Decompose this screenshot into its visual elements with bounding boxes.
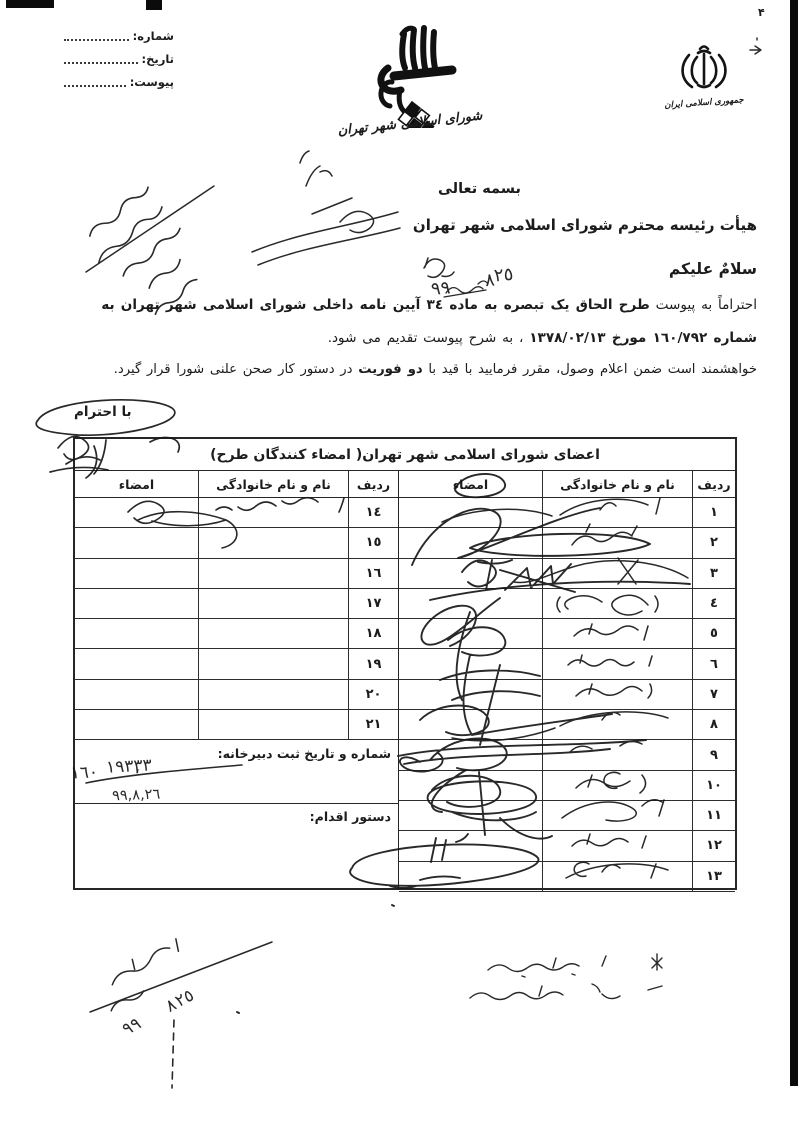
field-date-blank <box>64 51 138 64</box>
row-number: ١٢ <box>692 831 735 860</box>
row-signature-cell <box>75 589 198 618</box>
table-header-right: ردیف نام و نام خانوادگی امضاء <box>399 471 735 498</box>
row-number: ٣ <box>692 559 735 588</box>
bottom-note-line <box>90 942 272 1012</box>
table-row: ٥ <box>399 619 735 649</box>
scanned-letter-page: ۴ شماره: تاریخ: پیوست: <box>0 0 800 1128</box>
row-number: ٢٠ <box>348 680 398 709</box>
table-row: ١ <box>399 498 735 528</box>
row-name-cell <box>198 680 348 709</box>
row-signature-cell <box>399 498 542 527</box>
row-name-cell <box>542 710 692 739</box>
row-number: ٧ <box>692 680 735 709</box>
table-row: ٢٠ <box>75 680 398 710</box>
row-name-cell <box>542 862 692 891</box>
bottom-note-handwriting <box>94 935 192 1012</box>
field-date: تاریخ: <box>62 51 174 66</box>
table-row: ١٩ <box>75 649 398 679</box>
row-signature-cell <box>399 619 542 648</box>
row-name-cell <box>198 649 348 678</box>
table-right-half: ردیف نام و نام خانوادگی امضاء ١٢٣٤٥٦٧٨٩١… <box>398 471 735 890</box>
row-name-cell <box>542 831 692 860</box>
row-name-cell <box>198 619 348 648</box>
marginalia-underline <box>86 186 214 272</box>
row-number: ٨ <box>692 710 735 739</box>
svg-text:٩٩ ٨ ٢٥: ٩٩ ٨ ٢٥ <box>424 264 515 301</box>
row-signature-cell <box>399 862 542 891</box>
row-name-cell <box>542 559 692 588</box>
row-name-cell <box>542 619 692 648</box>
body-line-1-pre: احتراماً به پیوست <box>650 297 757 313</box>
table-rows-right: ١٢٣٤٥٦٧٨٩١٠١١١٢١٣ <box>399 498 735 892</box>
annotation-above-tarh <box>444 281 488 297</box>
header-name: نام و نام خانوادگی <box>542 471 692 497</box>
body-line-2-bold: شماره ١٦٠/٧٩٢ مورخ ١٣٧٨/٠٢/١٣ <box>529 330 757 346</box>
secretariat-label: شماره و تاریخ ثبت دبیرخانه: <box>218 746 391 761</box>
table-row: ١٥ <box>75 528 398 558</box>
table-row: ٢ <box>399 528 735 558</box>
header-signature: امضاء <box>75 471 198 497</box>
table-row: ١٤ <box>75 498 398 528</box>
page-corner-mark: ۴ <box>758 6 765 19</box>
row-number: ١٤ <box>348 498 398 527</box>
row-signature-cell <box>75 680 198 709</box>
table-title: اعضای شورای اسلامی شهر تهران( امضاء کنند… <box>75 439 735 471</box>
field-date-label: تاریخ: <box>142 52 174 66</box>
table-row: ٧ <box>399 680 735 710</box>
body-line-3: خواهشمند است ضمن اعلام وصول، مقرر فرمایی… <box>114 362 757 377</box>
iran-emblem <box>668 40 740 98</box>
table-row: ١٢ <box>399 831 735 861</box>
field-number: شماره: <box>62 28 174 43</box>
bottom-dot <box>237 1012 239 1013</box>
row-name-cell <box>542 740 692 769</box>
table-row: ٤ <box>399 589 735 619</box>
regards-text: با احترام <box>74 404 132 420</box>
row-name-cell <box>542 801 692 830</box>
row-signature-cell <box>75 559 198 588</box>
row-name-cell <box>198 589 348 618</box>
row-signature-cell <box>399 649 542 678</box>
received-date-handwriting: ٩٩ ٨ ٢٥ <box>424 264 515 301</box>
header-row-no: ردیف <box>348 471 398 497</box>
svg-text:٩٩ ٨ ٢٥: ٩٩ ٨ ٢٥ <box>114 985 197 1042</box>
row-number: ١ <box>692 498 735 527</box>
row-name-cell <box>542 528 692 557</box>
row-signature-cell <box>75 619 198 648</box>
row-signature-cell <box>399 831 542 860</box>
table-row: ١٣ <box>399 862 735 892</box>
body-line-2-post: ، به شرح پیوست تقدیم می شود. <box>328 330 530 346</box>
table-row: ٦ <box>399 649 735 679</box>
row-name-cell <box>542 771 692 800</box>
signatories-table: اعضای شورای اسلامی شهر تهران( امضاء کنند… <box>73 437 737 890</box>
row-signature-cell <box>75 528 198 557</box>
scan-mark-top <box>146 0 162 10</box>
registry-scrawl-center <box>252 151 454 277</box>
row-number: ١٣ <box>692 862 735 891</box>
row-name-cell <box>542 649 692 678</box>
row-number: ١٥ <box>348 528 398 557</box>
row-signature-cell <box>399 710 542 739</box>
row-signature-cell <box>75 710 198 739</box>
header-signature: امضاء <box>399 471 542 497</box>
body-line-1-bold: طرح الحاق یک تبصره به ماده ٣٤ آیین نامه … <box>101 297 650 313</box>
row-name-cell <box>542 680 692 709</box>
bottom-note-date: ٩٩ ٨ ٢٥ <box>114 985 197 1042</box>
table-row: ٣ <box>399 559 735 589</box>
scan-mark-top-left <box>6 0 54 8</box>
table-header-left: ردیف نام و نام خانوادگی امضاء <box>75 471 398 498</box>
row-signature-cell <box>75 649 198 678</box>
row-number: ١٨ <box>348 619 398 648</box>
header-name: نام و نام خانوادگی <box>198 471 348 497</box>
row-number: ١٩ <box>348 649 398 678</box>
row-number: ٥ <box>692 619 735 648</box>
action-order-box: دستور اقدام: <box>75 804 398 890</box>
table-row: ١٦ <box>75 559 398 589</box>
footnote-handwriting <box>470 954 662 1000</box>
scan-edge-strip <box>790 0 798 1086</box>
row-name-cell <box>198 498 348 527</box>
row-number: ١١ <box>692 801 735 830</box>
field-attachment: پیوست: <box>62 74 174 89</box>
row-number: ٤ <box>692 589 735 618</box>
row-number: ٦ <box>692 649 735 678</box>
table-row: ١٧ <box>75 589 398 619</box>
table-row: ٨ <box>399 710 735 740</box>
letterhead-fields: شماره: تاریخ: پیوست: <box>62 28 174 97</box>
addressee-line: هیأت رئیسه محترم شورای اسلامی شهر تهران <box>413 216 757 234</box>
body-line-1: احتراماً به پیوست طرح الحاق یک تبصره به … <box>101 297 757 313</box>
field-attachment-label: پیوست: <box>130 75 174 89</box>
row-name-cell <box>198 559 348 588</box>
body-line-3-post: در دستور کار صحن علنی شورا قرار گیرد. <box>114 362 359 377</box>
table-row: ١٠ <box>399 771 735 801</box>
row-name-cell <box>542 589 692 618</box>
field-number-blank <box>64 28 129 41</box>
secretariat-box: شماره و تاریخ ثبت دبیرخانه: <box>75 740 398 804</box>
body-line-2: شماره ١٦٠/٧٩٢ مورخ ١٣٧٨/٠٢/١٣ ، به شرح پ… <box>328 330 757 346</box>
top-right-marks <box>750 38 761 54</box>
salutation: سلامٌ علیکم <box>669 260 757 278</box>
table-row: ٢١ <box>75 710 398 740</box>
row-number: ٢١ <box>348 710 398 739</box>
table-row: ١٨ <box>75 619 398 649</box>
bismillah-heading: بسمه تعالی <box>438 181 521 197</box>
row-signature-cell <box>399 801 542 830</box>
row-name-cell <box>198 528 348 557</box>
row-name-cell <box>198 710 348 739</box>
field-number-label: شماره: <box>133 29 174 43</box>
row-signature-cell <box>399 680 542 709</box>
row-number: ٢ <box>692 528 735 557</box>
bottom-dashed-line <box>172 1020 174 1088</box>
table-row: ١١ <box>399 801 735 831</box>
table-left-half: ردیف نام و نام خانوادگی امضاء ١٤١٥١٦١٧١٨… <box>75 471 398 890</box>
row-signature-cell <box>399 589 542 618</box>
row-signature-cell <box>75 498 198 527</box>
row-signature-cell <box>399 740 542 769</box>
field-attachment-blank <box>64 74 126 87</box>
action-order-label: دستور اقدام: <box>310 809 391 824</box>
body-line-3-pre: خواهشمند است ضمن اعلام وصول، مقرر فرمایی… <box>423 362 757 377</box>
row-signature-cell <box>399 771 542 800</box>
row-name-cell <box>542 498 692 527</box>
row-signature-cell <box>399 559 542 588</box>
table-rows-left: ١٤١٥١٦١٧١٨١٩٢٠٢١ <box>75 498 398 740</box>
row-number: ٩ <box>692 740 735 769</box>
row-signature-cell <box>399 528 542 557</box>
header-row-no: ردیف <box>692 471 735 497</box>
row-number: ١٧ <box>348 589 398 618</box>
row-number: ١٦ <box>348 559 398 588</box>
body-line-3-bold: دو فوریت <box>358 362 422 377</box>
table-row: ٩ <box>399 740 735 770</box>
row-number: ١٠ <box>692 771 735 800</box>
